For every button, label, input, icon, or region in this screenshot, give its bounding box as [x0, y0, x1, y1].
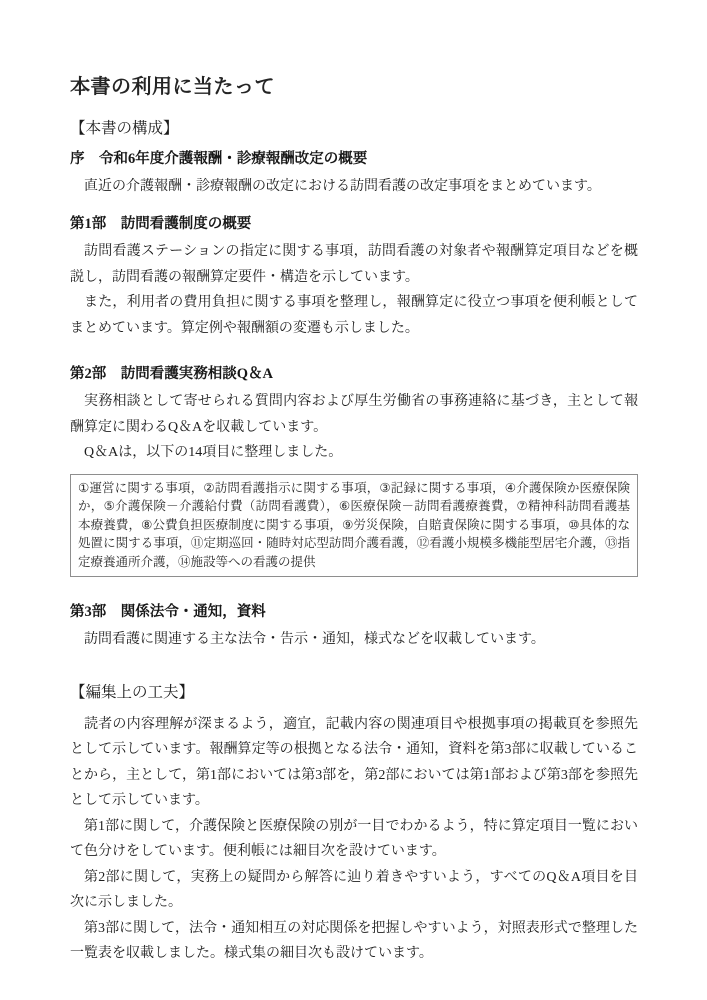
editing-paragraph-3: 第2部に関して，実務上の疑問から解答に辿り着きやすいよう，すべてのQ＆A項目を目…: [70, 865, 638, 916]
part-preface: 序 令和6年度介護報酬・診療報酬改定の概要 直近の介護報酬・診療報酬の改定におけ…: [70, 148, 638, 199]
part-3-paragraph: 訪問看護に関連する主な法令・告示・通知，様式などを収載しています。: [70, 627, 638, 653]
part-2-paragraph-1: 実務相談として寄せられる質問内容および厚生労働省の事務連絡に基づき，主として報酬…: [70, 389, 638, 440]
part-2-paragraph-2: Q＆Aは，以下の14項目に整理しました。: [70, 440, 638, 466]
part-1-paragraph-2: また，利用者の費用負担に関する事項を整理し，報酬算定に役立つ事項を便利帳としてま…: [70, 290, 638, 341]
page-title: 本書の利用に当たって: [70, 76, 638, 99]
part-preface-label: 序 令和6年度介護報酬・診療報酬改定の概要: [70, 148, 638, 172]
part-1-label: 第1部 訪問看護制度の概要: [70, 213, 638, 237]
part-1-paragraph-1: 訪問看護ステーションの指定に関する事項，訪問看護の対象者や報酬算定項目などを概説…: [70, 239, 638, 290]
qa-category-box: ①運営に関する事項，②訪問看護指示に関する事項，③記録に関する事項，④介護保険か…: [70, 474, 638, 578]
part-3: 第3部 関係法令・通知，資料 訪問看護に関連する主な法令・告示・通知，様式などを…: [70, 601, 638, 652]
editing-paragraph-1: 読者の内容理解が深まるよう，適宜，記載内容の関連項目や根拠事項の掲載頁を参照先と…: [70, 712, 638, 814]
editing-paragraph-2: 第1部に関して，介護保険と医療保険の別が一目でわかるよう，特に算定項目一覧におい…: [70, 814, 638, 865]
part-2-label: 第2部 訪問看護実務相談Q＆A: [70, 363, 638, 387]
part-preface-paragraph: 直近の介護報酬・診療報酬の改定における訪問看護の改定事項をまとめています。: [70, 174, 638, 200]
part-1: 第1部 訪問看護制度の概要 訪問看護ステーションの指定に関する事項，訪問看護の対…: [70, 213, 638, 341]
editing-section-heading: 【編集上の工夫】: [70, 683, 638, 704]
composition-section-heading: 【本書の構成】: [70, 119, 638, 140]
document-page: 本書の利用に当たって 【本書の構成】 序 令和6年度介護報酬・診療報酬改定の概要…: [0, 0, 707, 1000]
editing-paragraph-4: 第3部に関して，法令・通知相互の対応関係を把握しやすいよう，対照表形式で整理した…: [70, 916, 638, 967]
part-3-label: 第3部 関係法令・通知，資料: [70, 601, 638, 625]
part-2: 第2部 訪問看護実務相談Q＆A 実務相談として寄せられる質問内容および厚生労働省…: [70, 363, 638, 577]
